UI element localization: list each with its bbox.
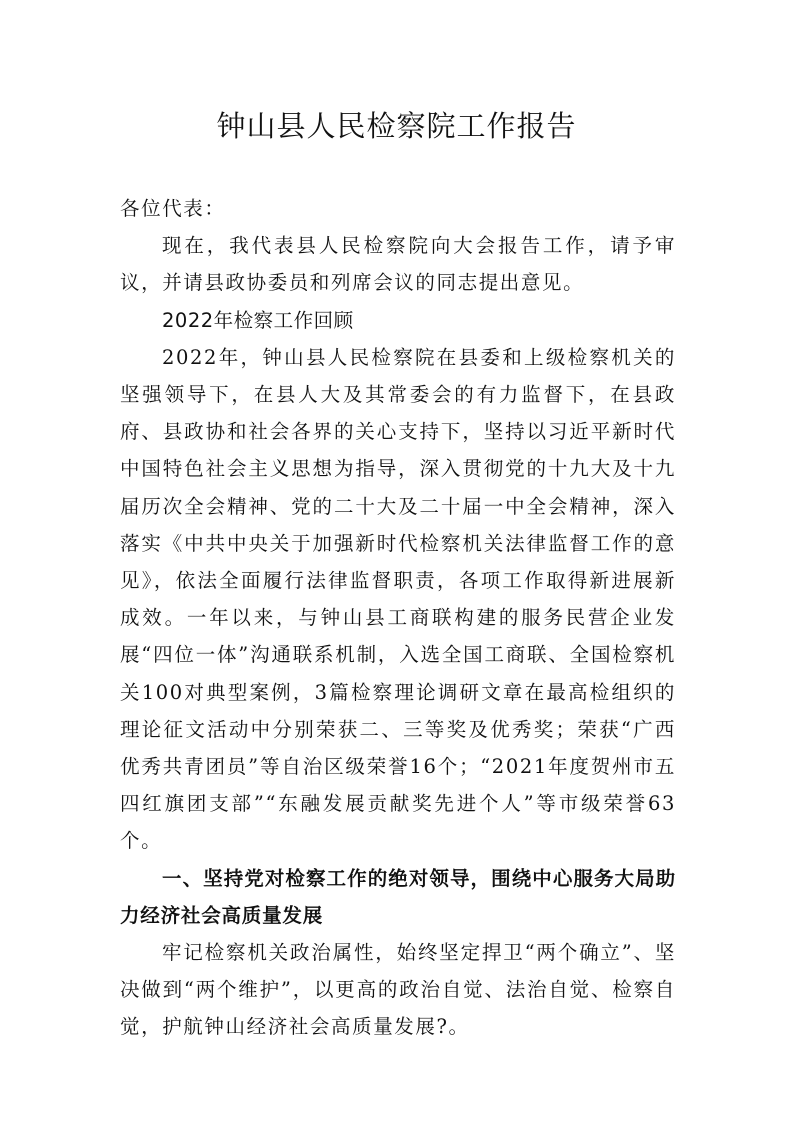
section-heading-review: 2022年检察工作回顾 (120, 302, 676, 339)
document-title: 钟山县人民检察院工作报告 (0, 104, 793, 145)
document-page: 钟山县人民检察院工作报告 各位代表： 现在，我代表县人民检察院向大会报告工作，请… (0, 0, 793, 1122)
intro-paragraph: 现在，我代表县人民检察院向大会报告工作，请予审议，并请县政协委员和列席会议的同志… (120, 227, 676, 301)
section-heading-one: 一、坚持党对检察工作的绝对领导，围绕中心服务大局助力经济社会高质量发展 (120, 860, 676, 934)
review-paragraph: 2022年，钟山县人民检察院在县委和上级检察机关的坚强领导下，在县人大及其常委会… (120, 339, 676, 860)
document-body: 各位代表： 现在，我代表县人民检察院向大会报告工作，请予审议，并请县政协委员和列… (120, 190, 676, 1046)
section-one-paragraph: 牢记检察机关政治属性，始终坚定捍卫“两个确立”、坚决做到“两个维护”，以更高的政… (120, 934, 676, 1046)
salutation: 各位代表： (120, 190, 676, 227)
